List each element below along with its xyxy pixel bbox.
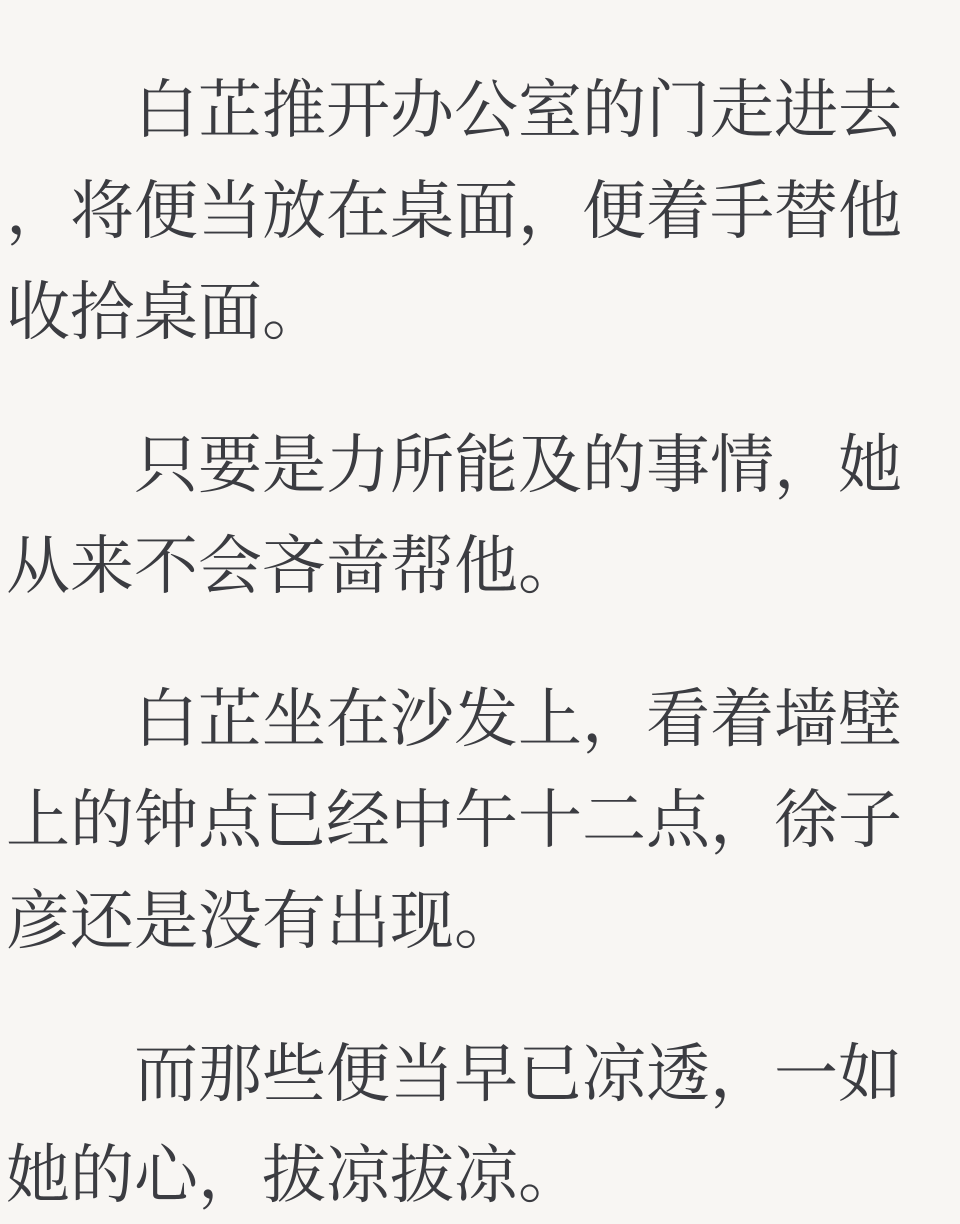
paragraph-1: 白芷推开办公室的门走进去 ，将便当放在桌面，便着手替他 收拾桌面。 <box>6 60 954 363</box>
text-line: 上的钟点已经中午十二点，徐子 <box>6 770 954 871</box>
text-line: 彦还是没有出现。 <box>6 871 954 972</box>
paragraph-4: 而那些便当早已凉透，一如 她的心，拔凉拔凉。 <box>6 1024 954 1224</box>
text-line: 收拾桌面。 <box>6 262 954 363</box>
text-line: 只要是力所能及的事情，她 <box>6 415 954 516</box>
text-line: 她的心，拔凉拔凉。 <box>6 1125 954 1224</box>
paragraph-3: 白芷坐在沙发上，看着墙壁 上的钟点已经中午十二点，徐子 彦还是没有出现。 <box>6 669 954 972</box>
text-line: 白芷坐在沙发上，看着墙壁 <box>6 669 954 770</box>
reader-page: 白芷推开办公室的门走进去 ，将便当放在桌面，便着手替他 收拾桌面。 只要是力所能… <box>0 0 960 1224</box>
text-line: 白芷推开办公室的门走进去 <box>6 60 954 161</box>
paragraph-2: 只要是力所能及的事情，她 从来不会吝啬帮他。 <box>6 415 954 617</box>
text-line: ，将便当放在桌面，便着手替他 <box>6 161 954 262</box>
text-line: 从来不会吝啬帮他。 <box>6 516 954 617</box>
text-line: 而那些便当早已凉透，一如 <box>6 1024 954 1125</box>
